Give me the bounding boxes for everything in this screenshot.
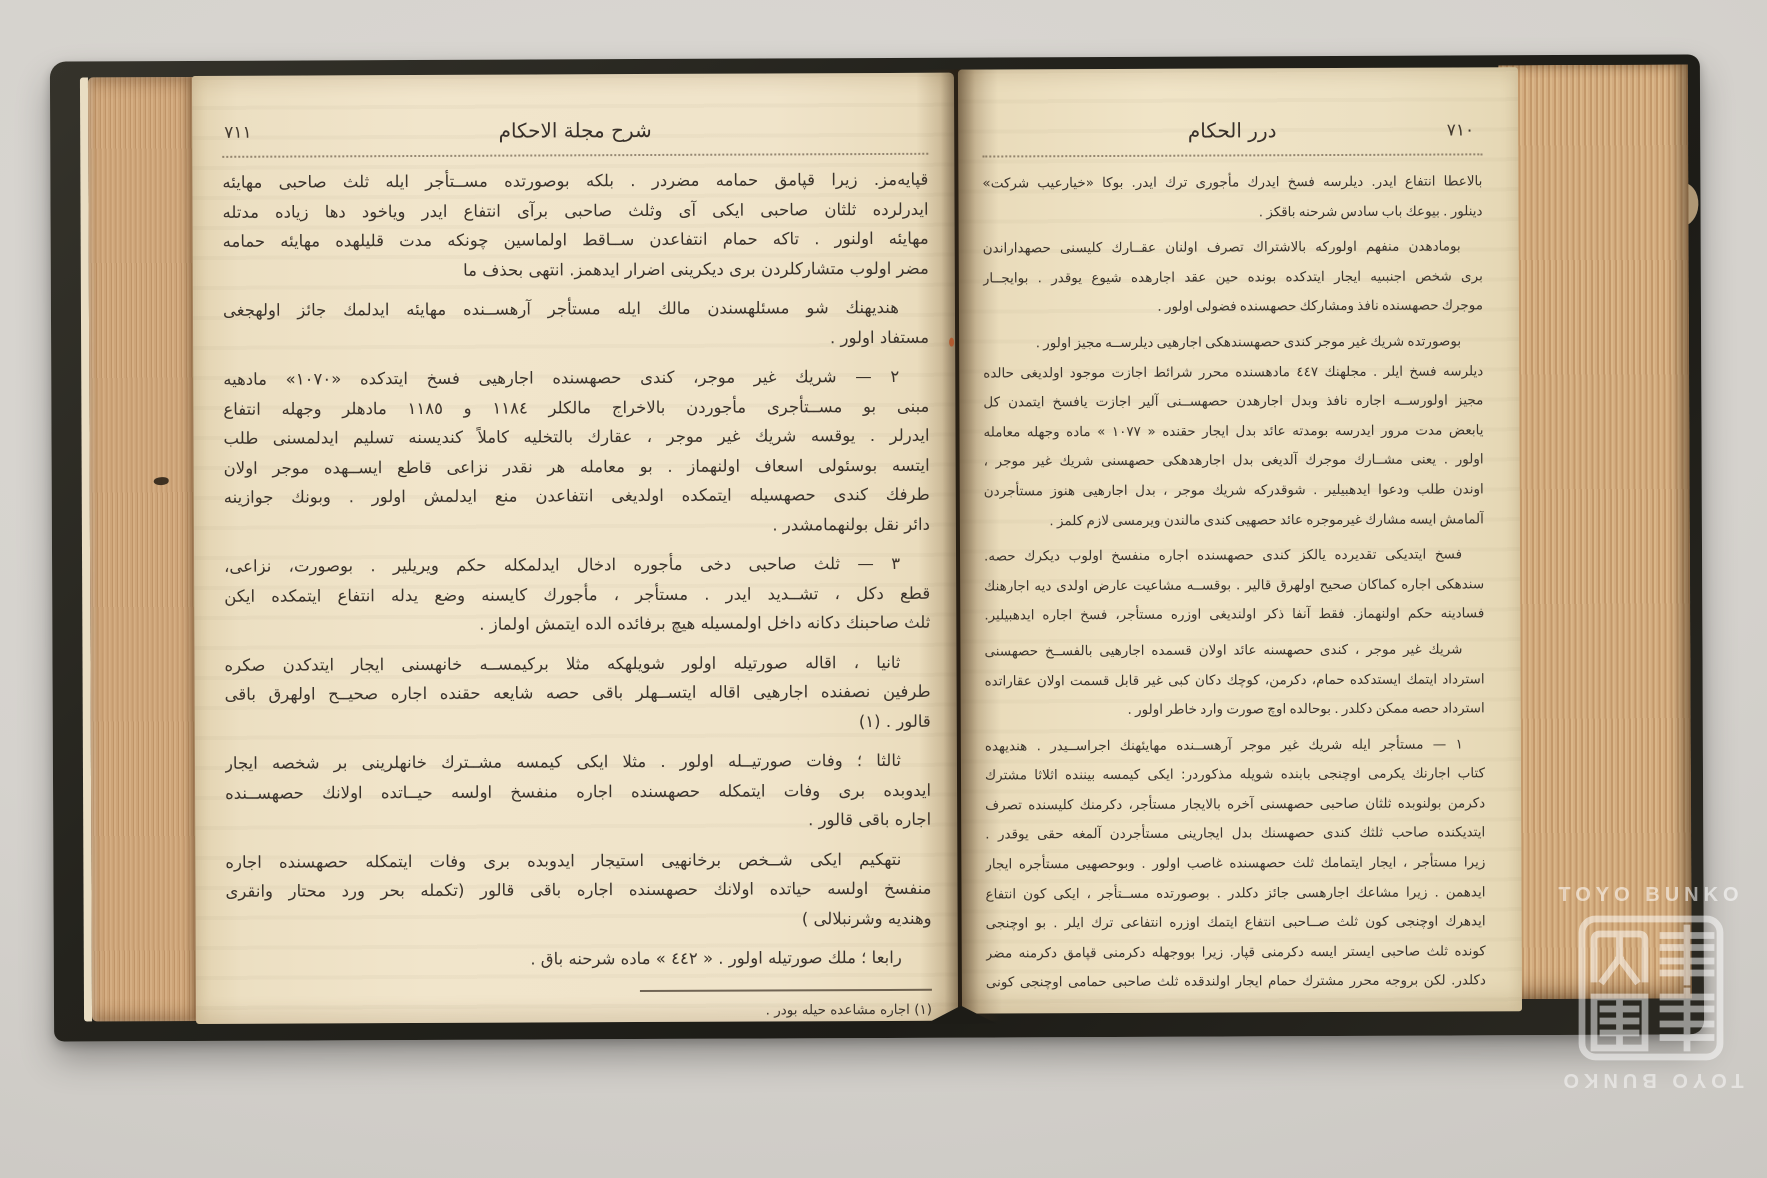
text-line: ايدوبده برى وفات ايتمكله حصهسنده اجاره م… [225,775,931,808]
left-page-number: ٧١١ [224,123,251,143]
text-line: ايدهرك اوچنجى كون ثلث صــاحبى انتفاع ايت… [986,908,1486,940]
text-line: ثلث صاحبنك دكانه داخل اولمسيله هيچ برفائ… [224,608,930,641]
text-line: ايدهمن . زيرا مشاعك اجارهسى جائز دكلدر .… [985,878,1485,910]
text-line: فسادينه حكم اولنهماز. فقط آنفا ذكر اولند… [984,600,1484,632]
text-line: ٢ — شريك غير موجر، كندى حصهسنده اجارهيى … [223,362,929,395]
text-line: آلمامش ايسه مشارك غيرموجره عائد حصهيى كن… [984,505,1484,537]
text-line: ايتسه بوسئولى اسعاف اولنهماز . بو معامله… [224,450,930,483]
left-page-title: شرح مجلة الاحكام [498,118,651,143]
right-page-number: ٧١٠ [1447,120,1474,140]
left-page: ٧١١ شرح مجلة الاحكام قپايەمز. زيرا قپامق… [192,73,958,1024]
text-line: ٣ — ثلث صاحبى دخى مأجوره ادخال ايدلمكله … [224,549,930,582]
text-line: هنديهنك شو مسئلهسندن مالك ايله مستأجر آر… [223,293,929,326]
text-line: ايتديكنده صاحب ثلثك كندى حصهسنك بدل ايجا… [985,819,1485,851]
text-line: مبنى بو مســتأجرى مأجوردن بالاخراج مالكل… [223,391,929,424]
text-line: دينلور . بيوعك باب سادس شرحنه باقكز . [982,197,1482,229]
text-line: كونده ثلث صاحبى ايستر ايسه دكرمنى قپار. … [986,937,1486,969]
text-line: شريك غير موجر ، كندى حصهسنه عائد اولان ق… [984,635,1484,667]
text-line: اجاره باقى قالور . [225,805,931,838]
text-line: منفسخ اولسه حياتده اولانك حصهسنده اجاره … [225,874,931,907]
text-line: برى شخص اجنبىيه ايجار ايتدكده بونده حين … [983,262,1483,294]
text-line: قالور . (١) [225,706,931,739]
text-line: مضر اولوب متشاركلردن برى ديكرينى اضرار ا… [223,253,929,286]
watermark-text-bottom: TOYO BUNKO [1550,1068,1752,1091]
text-line: قطع دكل ، تشــديد ايدر . مستأجر ، مأجورك… [224,578,930,611]
text-line: طرفين نصفنده اجارهيى اقاله ايتســهلر باق… [225,677,931,710]
text-line: ثانيا ، اقاله صورتيله اولور شويلهكه مثلا… [224,647,930,680]
right-page-header: درر الحكام ٧١٠ [982,117,1482,153]
text-line: دائر نقل بولنهمامشدر . [224,509,930,542]
text-line: فسخ ايتديكى تقديرده يالكز كندى حصهسنده ا… [984,540,1484,572]
text-line: نتهكيم ايكى شــخص برخانهيى استيجار ايدوب… [225,844,931,877]
text-line: زيرا مستأجر ، ايجار ايتمامك ثلث حصهسنده … [985,848,1485,880]
ink-stain [154,477,169,485]
right-page-content: درر الحكام ٧١٠ بالاعطا انتفاع ايدر. ديلر… [982,117,1486,998]
footnote-rule [640,988,932,991]
text-line: بوصورتده شريك غير موجر كندى حصهسندهكى اج… [983,327,1483,359]
right-page-title: درر الحكام [1188,118,1277,142]
text-line: رابعا ؛ ملك صورتيله اولور . « ٤٤٢ » ماده… [226,943,932,976]
text-line: اوندن طلب ودعوا ايدهبيلير . شوقدركه شريك… [984,475,1484,507]
text-line: دكرمن بولنوبده ثلثان صاحبى حصهسنى آخره ب… [985,789,1485,821]
open-book: ٧١١ شرح مجلة الاحكام قپايەمز. زيرا قپامق… [50,54,1704,1041]
left-page-edges [88,77,198,1021]
text-line: ديلرسه فسخ ايلر . مجلهنك ٤٤٧ مادهسنده مح… [983,357,1483,389]
left-page-header: ٧١١ شرح مجلة الاحكام [222,117,928,154]
text-line: استرداد ايتمك ايستدكده حمام، دكرمن، كوچك… [985,665,1485,697]
left-page-lines: قپايەمز. زيرا قپامق حمامه مضردر . بلكه ب… [222,165,932,976]
footnote: (١) اجاره مشاعده حيله بودر . [226,997,932,1024]
right-page-lines: بالاعطا انتفاع ايدر. ديلرسه فسخ ايدرك مأ… [982,167,1486,998]
text-line: اولور . يعنى مشــارك موجرك آلديغى بدل اج… [984,446,1484,478]
text-line: كتاب اجارنك يكرمى اوچنجى بابنده شويله مذ… [985,760,1485,792]
right-page: درر الحكام ٧١٠ بالاعطا انتفاع ايدر. ديلر… [958,67,1522,1013]
text-line: مهايئه اولنور . تاكه حمام انتفاعدن ســاق… [223,224,929,257]
text-line: بومادهدن منفهم اولوركه بالاشتراك تصرف او… [983,233,1483,265]
text-line: ثالثا ؛ وفات صورتيــله اولور . مثلا ايكى… [225,746,931,779]
book-photograph: ٧١١ شرح مجلة الاحكام قپايەمز. زيرا قپامق… [0,0,1767,1178]
text-line: بالاعطا انتفاع ايدر. ديلرسه فسخ ايدرك مأ… [982,167,1482,199]
text-line: قپايەمز. زيرا قپامق حمامه مضردر . بلكه ب… [222,165,928,198]
text-line: ١ — مستأجر ايله شريك غير موجر آرهســنده … [985,730,1485,762]
text-line: وهنديه وشرنبلالى ) [226,903,932,936]
text-line: سندهكى اجاره كماكان صحيح اولهرق قالير . … [984,570,1484,602]
text-line: مستفاد اولور . [223,322,929,355]
text-line: ايدرلرده ثلثان صاحبى ايكى آى وثلث صاحبى … [222,194,928,227]
text-line: دكلدر. لكن بروجه محرر مشترك حمام ايجار ا… [986,967,1486,999]
text-line: يابعض مدت مرور ايدرسه بومدته عائد بدل اي… [983,416,1483,448]
text-line: ايدرلر . يوقسه شريك غير موجر ، عقارك بال… [223,421,929,454]
text-line: مجيز اولورســه اجاره نافذ وبدل اجارهدن ح… [983,387,1483,419]
paper-speck [949,338,954,347]
text-line: موجرك حصهسنده نافذ ومشاركك حصهسنده فضولى… [983,292,1483,324]
left-page-content: ٧١١ شرح مجلة الاحكام قپايەمز. زيرا قپامق… [222,117,932,1025]
text-line: طرفك كندى حصهسيله ايتمكده اولديغى انتفاع… [224,480,930,513]
text-line: استرداد حصه ممكن دكلدر . بوحالده اوچ صور… [985,694,1485,726]
